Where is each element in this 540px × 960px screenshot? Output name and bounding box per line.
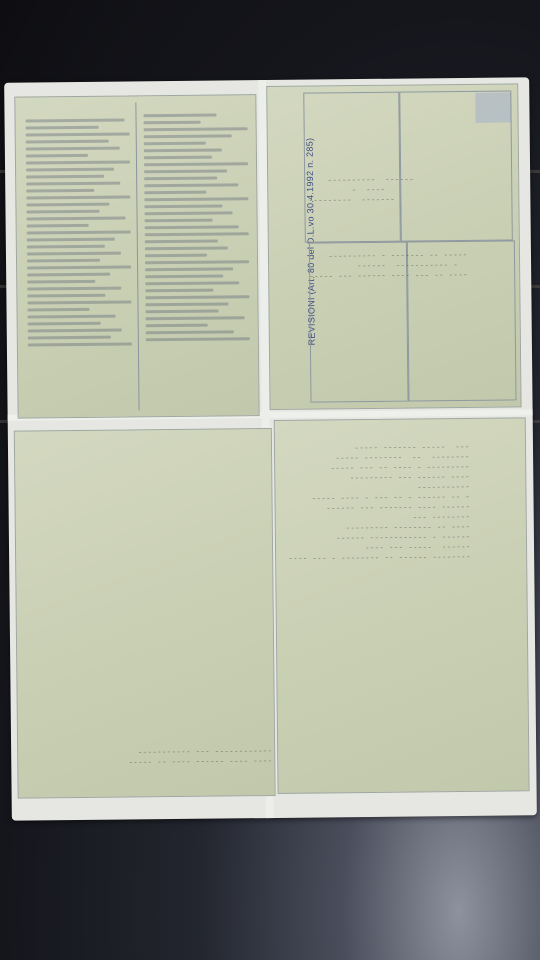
codes-left-column (25, 114, 131, 350)
panel-vehicle-data: --- ----- ------- ----- -------- -- ----… (274, 417, 530, 794)
panel-codes (14, 94, 259, 419)
codes-right-column (143, 109, 249, 345)
mirrored-text: --- ----- ------- ----- -------- -- ----… (287, 443, 471, 565)
mirrored-text: ----- -- ------- - ---------- - --------… (309, 251, 468, 283)
panel-blank-left: ------------ --- ----------- ---- ---- -… (14, 428, 276, 799)
registration-document: REVISIONI (Art. 80 del D.L.vo 30.4.1992 … (4, 77, 537, 820)
mirrored-text: ------------ --- ----------- ---- ---- -… (128, 747, 272, 769)
panel-revisions: REVISIONI (Art. 80 del D.L.vo 30.4.1992 … (266, 83, 521, 410)
mirrored-text: ------ ---------- ---- - ------- -------… (308, 175, 424, 206)
